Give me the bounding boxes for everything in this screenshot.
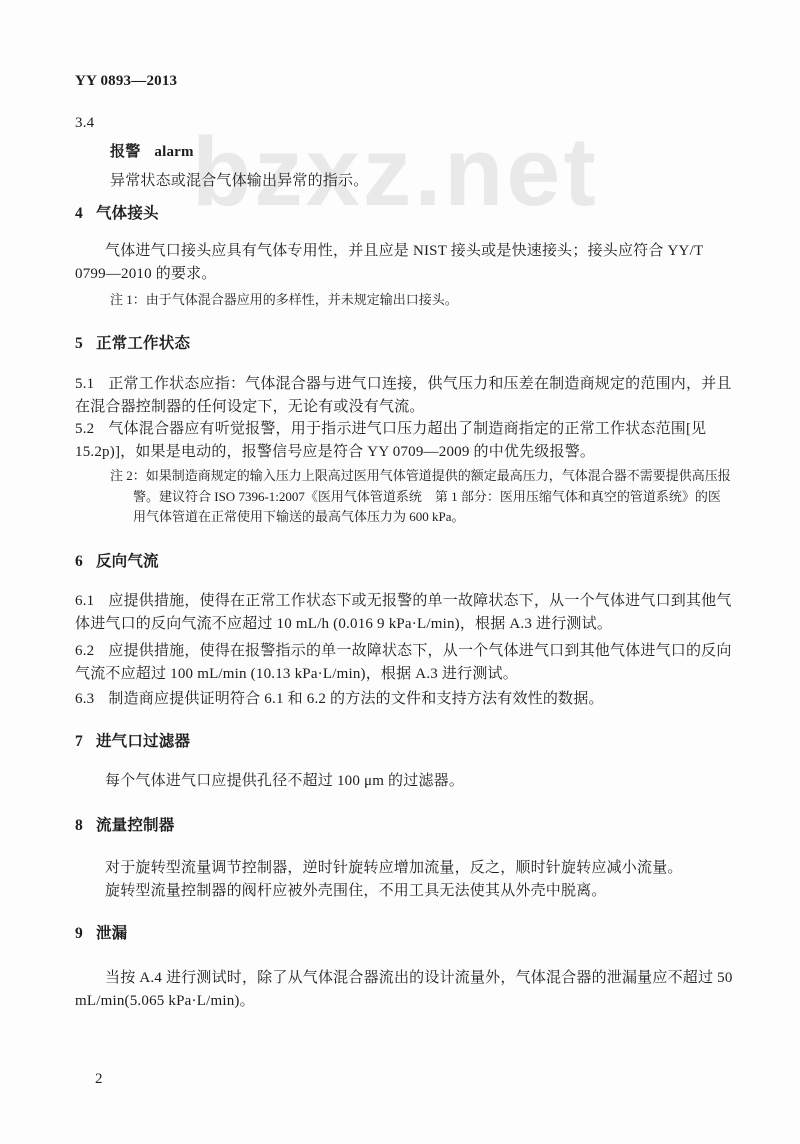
- clause-6-1: 6.1应提供措施，使得在正常工作状态下或无报警的单一故障状态下，从一个气体进气口…: [75, 590, 733, 636]
- section-8-heading: 8流量控制器: [75, 814, 733, 837]
- section-5-note-2: 注 2：如果制造商规定的输入压力上限高过医用气体管道提供的额定最高压力，气体混合…: [75, 466, 733, 528]
- clause-5-1-number: 5.1: [75, 376, 94, 392]
- section-8-paragraph-2: 旋转型流量控制器的阀杆应被外壳围住，不用工具无法使其从外壳中脱离。: [75, 880, 733, 903]
- section-9-heading: 9泄漏: [75, 922, 733, 945]
- clause-6-1-number: 6.1: [75, 593, 94, 609]
- section-8-title: 流量控制器: [96, 817, 175, 834]
- section-7-number: 7: [75, 733, 83, 750]
- section-5-title: 正常工作状态: [96, 335, 190, 352]
- clause-5-2-text: 气体混合器应有听觉报警，用于指示进气口压力超出了制造商指定的正常工作状态范围[见…: [75, 421, 706, 460]
- section-5-heading: 5正常工作状态: [75, 332, 733, 355]
- section-4-note-1: 注 1：由于气体混合器应用的多样性，并未规定输出口接头。: [75, 290, 733, 311]
- clause-6-3-number: 6.3: [75, 691, 94, 707]
- clause-3-4-number: 3.4: [75, 112, 733, 135]
- clause-5-2: 5.2气体混合器应有听觉报警，用于指示进气口压力超出了制造商指定的正常工作状态范…: [75, 418, 733, 464]
- clause-5-2-number: 5.2: [75, 421, 94, 437]
- term-zh: 报警: [110, 144, 140, 160]
- clause-6-3-text: 制造商应提供证明符合 6.1 和 6.2 的方法的文件和支持方法有效性的数据。: [108, 691, 603, 707]
- section-6-heading: 6反向气流: [75, 550, 733, 573]
- page-number: 2: [95, 1068, 155, 1091]
- clause-6-2: 6.2应提供措施，使得在报警指示的单一故障状态下，从一个气体进气口到其他气体进气…: [75, 640, 733, 686]
- clause-6-2-number: 6.2: [75, 643, 94, 659]
- section-4-number: 4: [75, 205, 83, 222]
- section-7-title: 进气口过滤器: [96, 733, 190, 750]
- section-8-number: 8: [75, 817, 83, 834]
- clause-5-1: 5.1正常工作状态应指：气体混合器与进气口连接，供气压力和压差在制造商规定的范围…: [75, 373, 733, 419]
- section-8-paragraphs: 对于旋转型流量调节控制器，逆时针旋转应增加流量，反之，顺时针旋转应减小流量。 旋…: [75, 857, 733, 903]
- section-9-number: 9: [75, 925, 83, 942]
- term-line: 报警alarm: [110, 141, 768, 164]
- section-6-number: 6: [75, 553, 83, 570]
- section-4-heading: 4气体接头: [75, 202, 733, 225]
- term-en: alarm: [154, 144, 193, 160]
- section-7-heading: 7进气口过滤器: [75, 730, 733, 753]
- clause-6-1-text: 应提供措施，使得在正常工作状态下或无报警的单一故障状态下，从一个气体进气口到其他…: [75, 593, 732, 632]
- term-definition: 异常状态或混合气体输出异常的指示。: [110, 170, 768, 193]
- section-9-title: 泄漏: [96, 925, 127, 942]
- document-header-standard-number: YY 0893—2013: [75, 70, 733, 93]
- standard-document-page: bzxz.net YY 0893—2013 3.4 报警alarm 异常状态或混…: [0, 0, 800, 1144]
- section-9-paragraph: 当按 A.4 进行测试时，除了从气体混合器流出的设计流量外，气体混合器的泄漏量应…: [75, 967, 733, 1013]
- section-5-number: 5: [75, 335, 83, 352]
- clause-6-2-text: 应提供措施，使得在报警指示的单一故障状态下，从一个气体进气口到其他气体进气口的反…: [75, 643, 732, 682]
- section-4-title: 气体接头: [96, 205, 159, 222]
- clause-6-3: 6.3制造商应提供证明符合 6.1 和 6.2 的方法的文件和支持方法有效性的数…: [75, 688, 733, 711]
- section-8-paragraph-1: 对于旋转型流量调节控制器，逆时针旋转应增加流量，反之，顺时针旋转应减小流量。: [75, 857, 733, 880]
- section-7-paragraph: 每个气体进气口应提供孔径不超过 100 μm 的过滤器。: [75, 770, 733, 793]
- section-6-title: 反向气流: [96, 553, 159, 570]
- section-4-paragraph: 气体进气口接头应具有气体专用性，并且应是 NIST 接头或是快速接头；接头应符合…: [75, 240, 733, 286]
- clause-5-1-text: 正常工作状态应指：气体混合器与进气口连接，供气压力和压差在制造商规定的范围内，并…: [75, 376, 732, 415]
